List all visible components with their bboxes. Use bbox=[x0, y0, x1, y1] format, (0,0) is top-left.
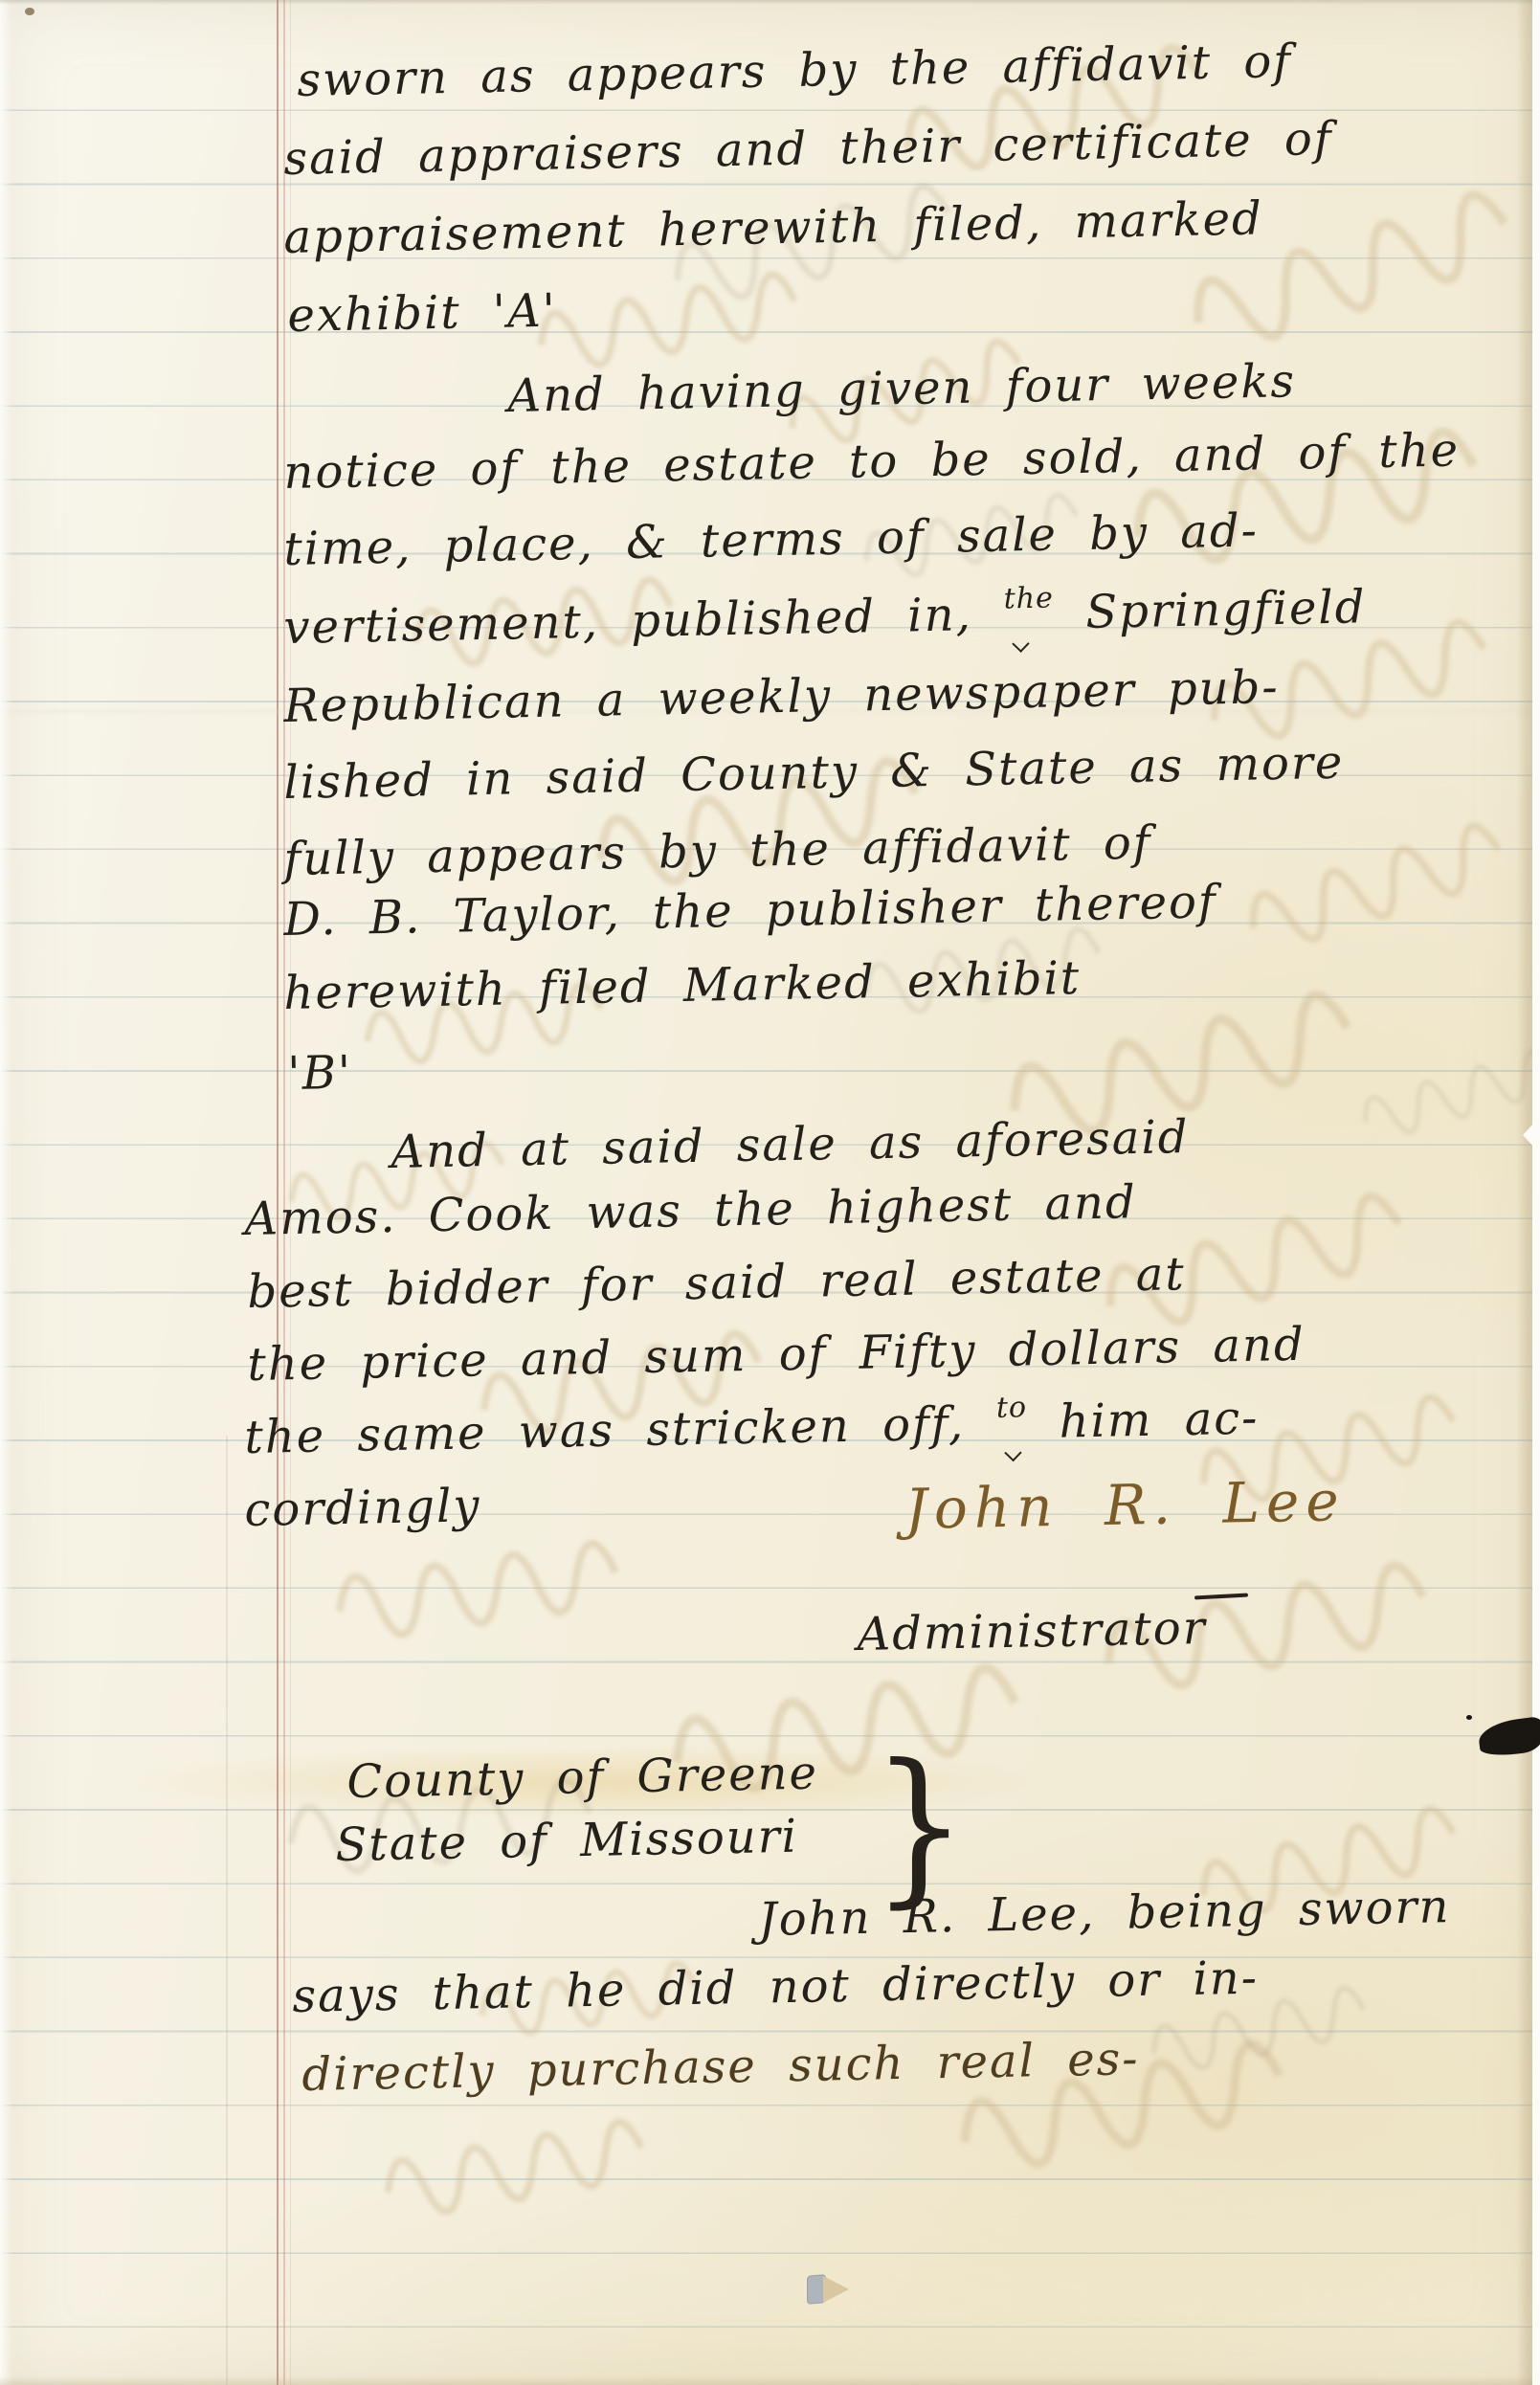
manuscript-line: lished in said County & State as more bbox=[283, 738, 1345, 810]
interline-insertion: the bbox=[1003, 582, 1054, 616]
interline-insertion: to bbox=[996, 1391, 1028, 1425]
manuscript-text-segment: Springfield bbox=[1054, 580, 1367, 639]
manuscript-line: exhibit 'A' bbox=[287, 286, 557, 343]
manuscript-line: vertisement, published in, the Springfie… bbox=[283, 582, 1367, 654]
paper-speck bbox=[25, 8, 34, 15]
manuscript-line: And having given four weeks bbox=[507, 356, 1297, 423]
manuscript-line: Republican a weekly newspaper pub- bbox=[283, 662, 1280, 733]
manuscript-text-segment: him ac- bbox=[1027, 1392, 1260, 1450]
manuscript-line: says that he did not directly or in- bbox=[292, 1953, 1259, 2023]
manuscript-line: the price and sum of Fifty dollars and bbox=[247, 1320, 1306, 1392]
manuscript-line: Amos. Cook was the highest and bbox=[244, 1177, 1137, 1246]
manuscript-text-segment: the same was stricken off, bbox=[244, 1396, 997, 1464]
manuscript-layer: sworn as appears by the affidavit ofsaid… bbox=[0, 0, 1540, 2385]
manuscript-line: appraisement herewith filed, marked bbox=[283, 193, 1263, 263]
fragment-tan-piece bbox=[823, 2276, 849, 2303]
manuscript-line: cordingly bbox=[244, 1481, 481, 1536]
manuscript-line: said appraisers and their certificate of bbox=[283, 114, 1333, 186]
manuscript-line: best bidder for said real estate at bbox=[247, 1249, 1186, 1319]
manuscript-page: sworn as appears by the affidavit ofsaid… bbox=[0, 0, 1540, 2385]
manuscript-line: directly purchase such real es- bbox=[301, 2034, 1140, 2102]
jurat-state-line: State of Missouri bbox=[335, 1812, 798, 1872]
paper-fragment-mark bbox=[807, 2272, 853, 2308]
manuscript-line: D. B. Taylor, the publisher thereof bbox=[283, 877, 1217, 946]
manuscript-line: 'B' bbox=[287, 1048, 353, 1101]
ink-blot-speck bbox=[1466, 1715, 1472, 1720]
manuscript-line: And at said sale as aforesaid bbox=[391, 1112, 1190, 1179]
signature-john-r-lee: John R. Lee bbox=[904, 1470, 1346, 1541]
jurat-county-line: County of Greene bbox=[346, 1749, 818, 1809]
manuscript-line: time, place, & terms of sale by ad- bbox=[283, 505, 1259, 575]
manuscript-line: sworn as appears by the affidavit of bbox=[297, 36, 1293, 107]
manuscript-line: herewith filed Marked exhibit bbox=[283, 953, 1082, 1020]
jurat-brace: } bbox=[872, 1751, 968, 1903]
manuscript-text-segment: vertisement, published in, bbox=[283, 588, 1005, 655]
manuscript-line: John R. Lee, being sworn bbox=[758, 1882, 1451, 1947]
manuscript-line: the same was stricken off, to him ac- bbox=[244, 1393, 1260, 1464]
manuscript-line: fully appears by the affidavit of bbox=[283, 818, 1152, 886]
manuscript-line: notice of the estate to be sold, and of … bbox=[283, 425, 1461, 499]
administrator-title: Administrator bbox=[857, 1603, 1207, 1661]
